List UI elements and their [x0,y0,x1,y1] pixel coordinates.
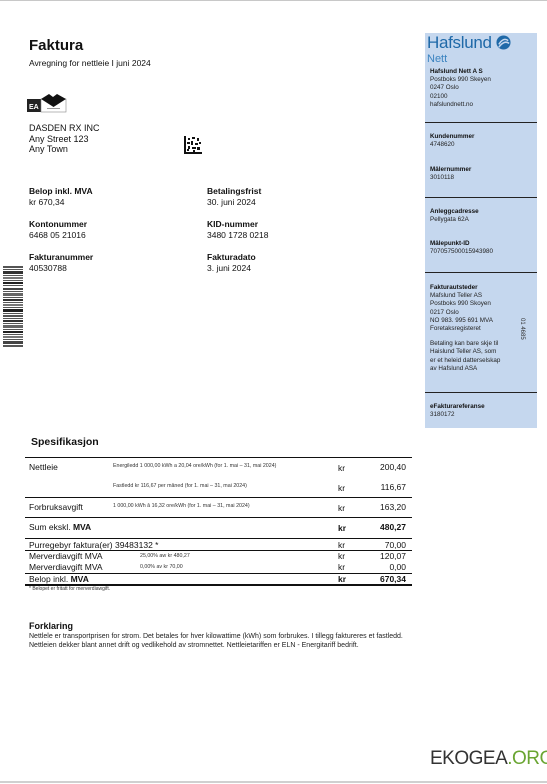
installation-address-block: Anleggcadresse Pellygata 62A [430,208,479,224]
vertical-reference-code: 01 4685 [519,318,525,340]
recipient-street: Any Street 123 [29,134,100,145]
sender-info-sidebar: Hafslund Nett Hafslund Nett A S Postboks… [425,33,537,428]
hafslund-swirl-icon [496,35,511,50]
sidebar-divider [425,197,537,198]
ea-postage-logo-icon: EA [27,94,67,114]
field-amount-due: Belop inkl. MVA kr 670,34 [29,186,93,207]
table-rule [25,517,412,518]
hafslund-logo: Hafslund [427,33,511,53]
table-rule [25,538,412,539]
recipient-name: DASDEN RX INC [29,123,100,134]
sender-company-block: Hafslund Nett A S Postboks 990 Skeyen 02… [430,68,491,109]
field-invoice-date: Fakturadato 3. juni 2024 [207,252,256,273]
field-invoice-number: Fakturanummer 40530788 [29,252,93,273]
hafslund-logo-sub: Nett [427,53,447,65]
top-divider [0,0,547,1]
ekogea-watermark: EKOGEA.ORG [430,748,547,770]
page-title: Faktura [29,37,83,54]
table-rule [25,457,412,458]
svg-text:EA: EA [29,104,39,111]
barcode-icon [3,266,23,348]
issuer-block: Fakturautsteder Mafslund Teller AS Postb… [430,284,500,373]
recipient-town: Any Town [29,144,100,155]
efaktura-reference-block: eFakturareferanse 3180172 [430,403,485,419]
table-rule [25,497,412,498]
sidebar-divider [425,272,537,273]
field-due-date: Betalingsfrist 30. juni 2024 [207,186,261,207]
customer-number-block: Kundenummer 4748620 [430,133,474,149]
recipient-address: DASDEN RX INC Any Street 123 Any Town [29,123,100,155]
datamatrix-code-icon [184,136,202,154]
field-account-number: Kontonummer 6468 05 21016 [29,219,87,240]
vat-exempt-footnote: * Belopet er fritatt for merverdiawgift. [29,586,110,592]
sidebar-divider [425,392,537,393]
sidebar-divider [425,122,537,123]
bottom-divider [0,781,547,783]
explanation-text: Nettlele er transportprisen for strom. D… [29,632,419,651]
website-link[interactable]: hafslundnett.no [430,101,491,109]
meter-number-block: Mâlernummer 3010118 [430,166,471,182]
field-kid-number: KID-nummer 3480 1728 0218 [207,219,268,240]
metering-point-block: Mâlepunkt-ID 707057500015943980 [430,240,493,256]
explanation-title: Forklaring [29,621,73,631]
page-subtitle: Avregning for nettleie I juni 2024 [29,58,151,68]
specification-title: Spesifikasjon [31,436,99,448]
